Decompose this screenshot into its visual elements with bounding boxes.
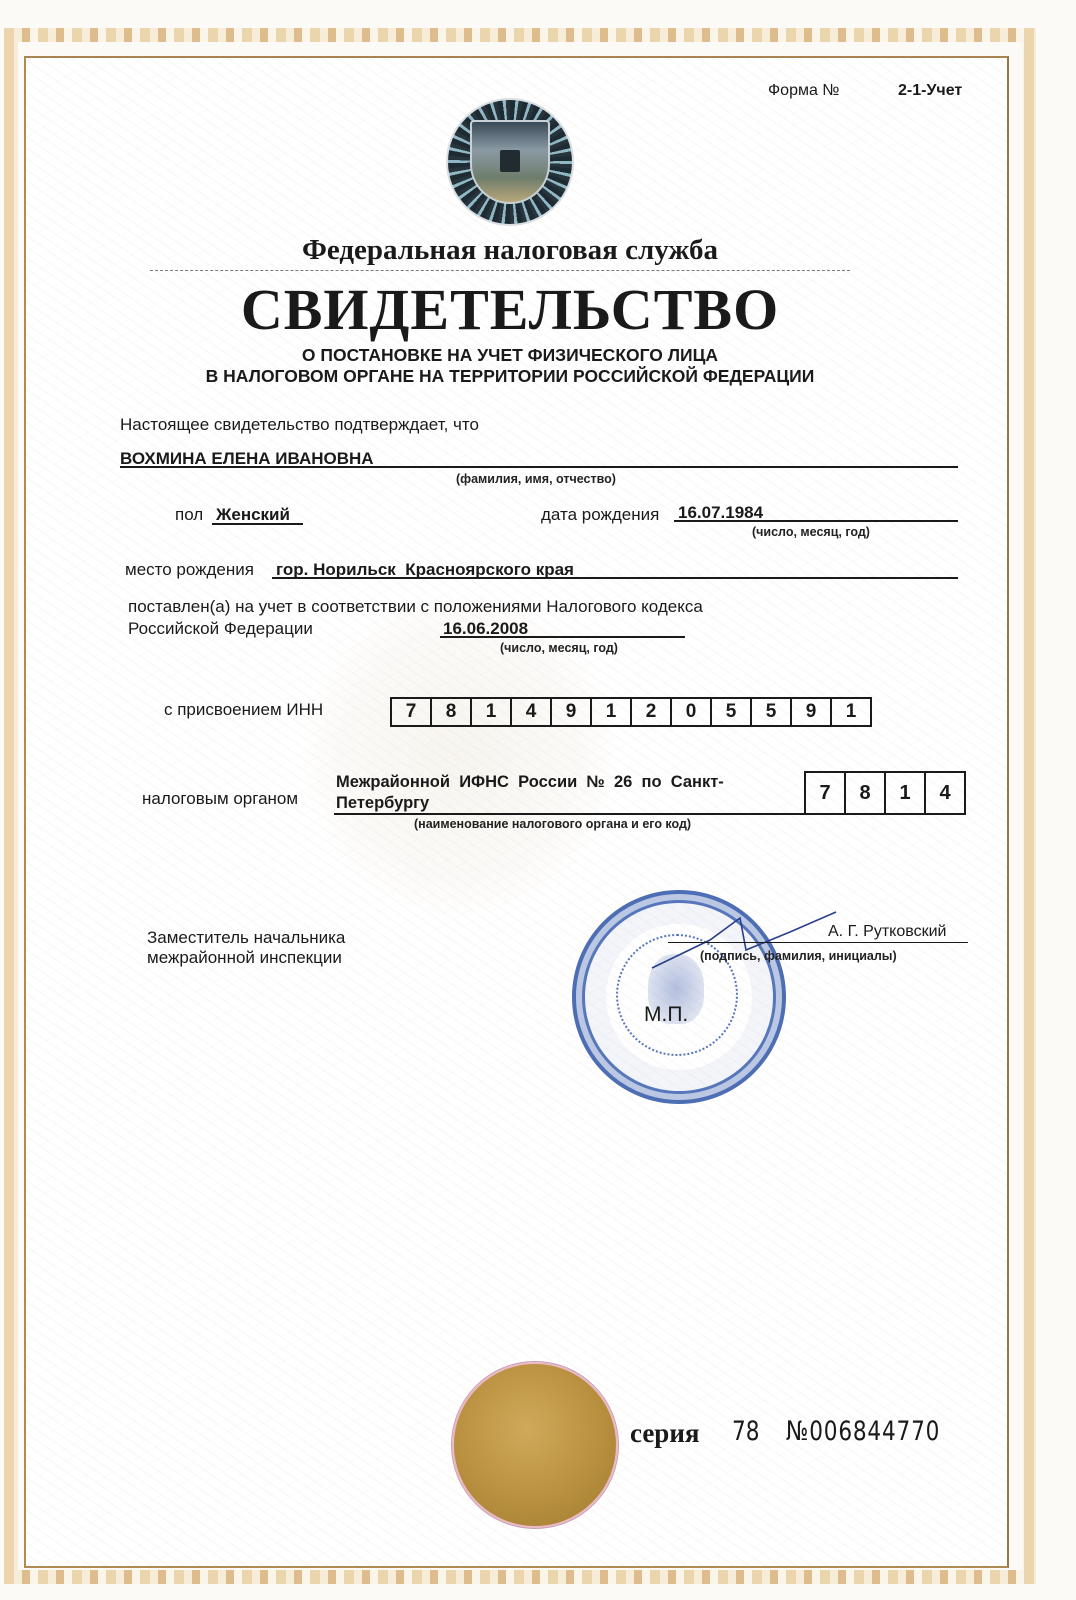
- inn-digit-6: 1: [592, 699, 632, 725]
- birth-date-caption: (число, месяц, год): [752, 525, 870, 539]
- tax-authority-caption: (наименование налогового органа и его ко…: [414, 817, 691, 831]
- sex-value: Женский: [216, 505, 290, 525]
- inn-digit-11: 9: [792, 699, 832, 725]
- tax-authority-label: налоговым органом: [142, 789, 298, 809]
- birth-date-underline: [674, 520, 958, 522]
- registration-text-1: поставлен(а) на учет в соответствии с по…: [128, 597, 703, 617]
- full-name-caption: (фамилия, имя, отчество): [456, 472, 616, 486]
- signer-name: А. Г. Рутковский: [828, 923, 946, 941]
- inn-label: с присвоением ИНН: [164, 700, 323, 720]
- registration-text-2: Российской Федерации: [128, 619, 313, 639]
- signer-position-2: межрайонной инспекции: [147, 948, 342, 968]
- registration-date-caption: (число, месяц, год): [500, 641, 618, 655]
- full-name-underline: [120, 466, 958, 468]
- inn-digit-7: 2: [632, 699, 672, 725]
- tax-authority-line-2: Петербургу: [336, 794, 429, 813]
- sex-label: пол: [175, 505, 203, 525]
- registration-date-underline: [440, 636, 685, 638]
- signer-position-1: Заместитель начальника: [147, 928, 345, 948]
- agency-name: Федеральная налоговая служба: [0, 234, 1020, 267]
- document-title: СВИДЕТЕЛЬСТВО: [0, 276, 1020, 343]
- birth-place-underline: [272, 577, 958, 579]
- document-subtitle-1: О ПОСТАНОВКЕ НА УЧЕТ ФИЗИЧЕСКОГО ЛИЦА: [0, 345, 1020, 366]
- inn-digit-9: 5: [712, 699, 752, 725]
- signature-underline: [668, 942, 968, 943]
- agency-divider: [150, 270, 850, 271]
- coat-of-arms-icon: [470, 120, 550, 204]
- inn-digit-8: 0: [672, 699, 712, 725]
- tax-authority-line-1: Межрайонной ИФНС России № 26 по Санкт-: [336, 773, 724, 792]
- form-number-value: 2-1-Учет: [898, 82, 962, 100]
- serial-label: серия: [630, 1418, 699, 1449]
- tax-authority-code-boxes: 7814: [804, 771, 966, 815]
- signature-caption: (подпись, фамилия, инициалы): [700, 949, 897, 963]
- inn-digit-5: 9: [552, 699, 592, 725]
- inn-boxes: 781491205591: [390, 697, 872, 727]
- hologram-emblem-icon: [448, 100, 572, 224]
- code-digit-3: 1: [886, 773, 926, 813]
- code-digit-4: 4: [926, 773, 966, 813]
- document-subtitle-2: В НАЛОГОВОМ ОРГАНЕ НА ТЕРРИТОРИИ РОССИЙС…: [0, 366, 1020, 387]
- inn-digit-12: 1: [832, 699, 872, 725]
- serial-number: №006844770: [786, 1416, 940, 1447]
- stamp-place-label: М.П.: [644, 1003, 688, 1027]
- eagle-watermark: [300, 590, 620, 920]
- sex-underline: [212, 523, 303, 525]
- inn-digit-10: 5: [752, 699, 792, 725]
- code-digit-2: 8: [846, 773, 886, 813]
- inn-digit-1: 7: [392, 699, 432, 725]
- inn-digit-3: 1: [472, 699, 512, 725]
- form-number-label: Форма №: [768, 82, 839, 100]
- code-digit-1: 7: [806, 773, 846, 813]
- birth-place-label: место рождения: [125, 560, 254, 580]
- gold-seal-icon: [452, 1362, 618, 1528]
- birth-date-label: дата рождения: [541, 505, 659, 525]
- intro-text: Настоящее свидетельство подтверждает, чт…: [120, 415, 479, 435]
- inn-digit-2: 8: [432, 699, 472, 725]
- serial-series: 78: [732, 1416, 759, 1447]
- inn-digit-4: 4: [512, 699, 552, 725]
